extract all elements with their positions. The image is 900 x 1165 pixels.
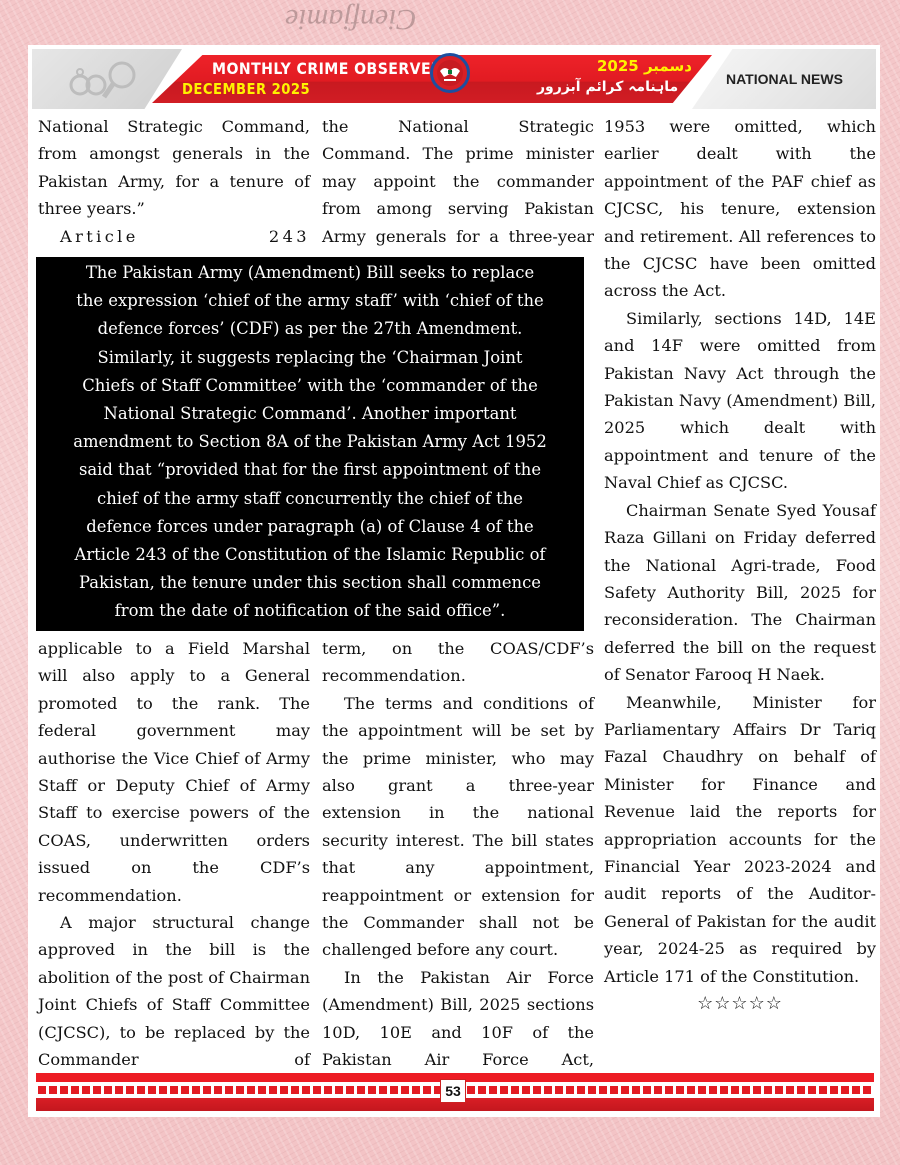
pull-quote-box: The Pakistan Army (Amendment) Bill seeks… [36,257,584,631]
end-of-article-stars: ☆☆☆☆☆ [604,990,876,1017]
magazine-title: MONTHLY CRIME OBSERVER [212,59,442,78]
column-1-bottom: applicable to a Field Marshal will also … [38,635,310,1074]
paragraph: In the Pakistan Air Force (Amendment) Bi… [322,964,594,1074]
background-newspaper-text: Cienfjamie [285,2,417,36]
paragraph: A major structural change approved in th… [38,909,310,1073]
column-2-top: the National Strategic Command. The prim… [322,113,594,250]
pull-quote-line: Article 243 of the Constitution of the I… [40,541,580,569]
pull-quote-line: The Pakistan Army (Amendment) Bill seeks… [40,259,580,287]
pull-quote-line: Similarly, it suggests replacing the ‘Ch… [40,344,580,372]
magazine-page: MONTHLY CRIME OBSERVER DECEMBER 2025 دسم… [28,45,880,1117]
urdu-issue-date: دسمبر 2025 [597,57,692,75]
paragraph: 1953 were omitted, which earlier dealt w… [604,113,876,305]
pull-quote-line: National Strategic Command’. Another imp… [40,400,580,428]
pull-quote-line: said that “provided that for the first a… [40,456,580,484]
paragraph: the National Strategic Command. The prim… [322,113,594,250]
pull-quote-line: Chiefs of Staff Committee’ with the ‘com… [40,372,580,400]
section-label: NATIONAL NEWS [726,71,843,87]
pull-quote-line: the expression ‘chief of the army staff’… [40,287,580,315]
paragraph: National Strategic Command, from amongst… [38,113,310,223]
paragraph: Chairman Senate Syed Yousaf Raza Gillani… [604,497,876,689]
page-header: MONTHLY CRIME OBSERVER DECEMBER 2025 دسم… [32,49,876,109]
pull-quote-line: from the date of notification of the sai… [40,597,580,625]
emblem-logo [430,53,470,93]
column-1-top: National Strategic Command, from amongst… [38,113,310,277]
pull-quote-line: Pakistan, the tenure under this section … [40,569,580,597]
page-footer: 53 [36,1073,874,1111]
page-number: 53 [440,1079,466,1103]
pull-quote-line: defence forces’ (CDF) as per the 27th Am… [40,315,580,343]
paragraph: Similarly, sections 14D, 14E and 14F wer… [604,305,876,497]
pull-quote-line: amendment to Section 8A of the Pakistan … [40,428,580,456]
paragraph: The terms and conditions of the appointm… [322,690,594,964]
column-2-bottom: term, on the COAS/CDF’s recommendation. … [322,635,594,1074]
paragraph: Meanwhile, Minister for Parliamentary Af… [604,689,876,990]
urdu-magazine-title: ماہنامہ کرائم آبزرور [537,79,678,95]
eagle-emblem-icon [436,59,464,87]
handcuffs-magnifier-icon [66,57,156,103]
issue-date: DECEMBER 2025 [182,80,310,98]
column-3: 1953 were omitted, which earlier dealt w… [604,113,876,1017]
pull-quote-line: chief of the army staff concurrently the… [40,485,580,513]
pull-quote-line: defence forces under paragraph (a) of Cl… [40,513,580,541]
paragraph: term, on the COAS/CDF’s recommendation. [322,635,594,690]
paragraph: applicable to a Field Marshal will also … [38,635,310,909]
